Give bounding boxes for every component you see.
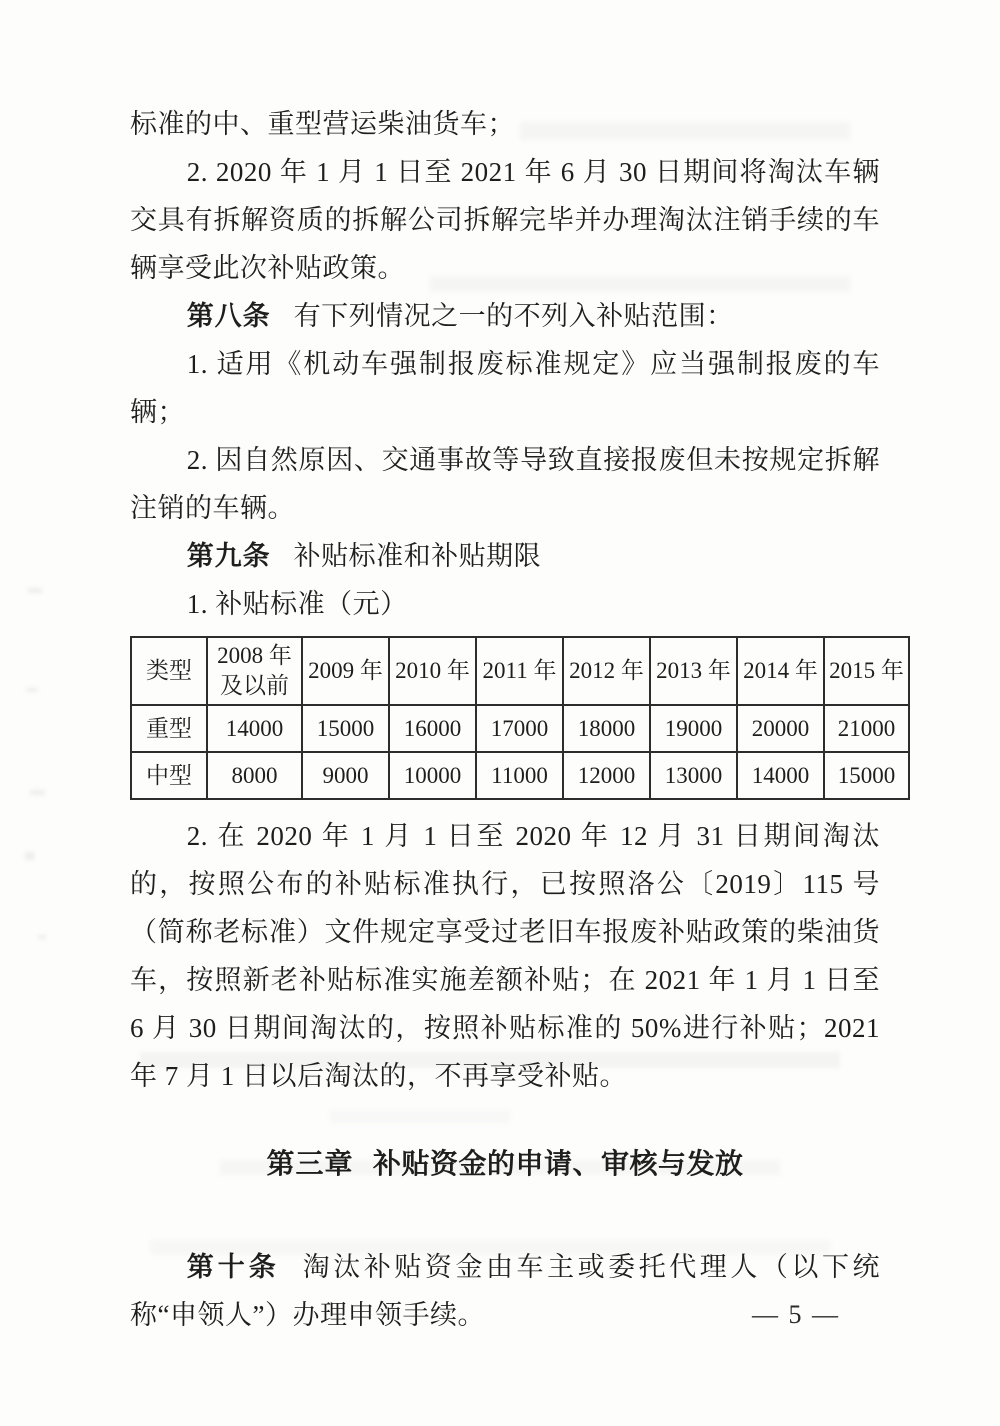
chapter-3-title: 补贴资金的申请、审核与发放 xyxy=(373,1148,744,1179)
header-cell-2011: 2011 年 xyxy=(476,637,563,705)
row-label-heavy: 重型 xyxy=(131,705,207,752)
article-10-label: 第十条 xyxy=(187,1252,280,1282)
header-cell-2008: 2008 年 及以前 xyxy=(207,637,302,705)
cell-value: 17000 xyxy=(476,705,563,752)
cell-value: 9000 xyxy=(302,752,389,799)
scan-artifact xyxy=(25,852,34,860)
cell-value: 12000 xyxy=(563,752,650,799)
article-8-text: 有下列情况之一的不列入补贴范围： xyxy=(294,301,734,331)
header-cell-2014: 2014 年 xyxy=(737,637,824,705)
table-header-row: 类型 2008 年 及以前 2009 年 2010 年 2011 年 2012 … xyxy=(131,637,909,705)
scan-artifact xyxy=(30,790,45,795)
table-row-medium: 中型 8000 9000 10000 11000 12000 13000 140… xyxy=(131,752,909,799)
article-9-text: 补贴标准和补贴期限 xyxy=(294,541,542,571)
cell-value: 18000 xyxy=(563,705,650,752)
document-page: 标准的中、重型营运柴油货车； 2. 2020 年 1 月 1 日至 2021 年… xyxy=(0,0,1000,1426)
cell-value: 14000 xyxy=(207,705,302,752)
paragraph-article-8: 第八条有下列情况之一的不列入补贴范围： xyxy=(130,292,880,340)
paragraph-exclusion-1: 1. 适用《机动车强制报废标准规定》应当强制报废的车辆； xyxy=(130,340,880,436)
header-cell-2013: 2013 年 xyxy=(650,637,737,705)
chapter-3-heading: 第三章补贴资金的申请、审核与发放 xyxy=(130,1140,880,1188)
row-label-medium: 中型 xyxy=(131,752,207,799)
paragraph-item-2-scrap-period: 2. 2020 年 1 月 1 日至 2021 年 6 月 30 日期间将淘汰车… xyxy=(130,148,880,292)
article-9-label: 第九条 xyxy=(187,541,271,571)
scan-artifact xyxy=(26,688,38,692)
paragraph-continuation: 标准的中、重型营运柴油货车； xyxy=(130,100,880,148)
paragraph-article-9: 第九条补贴标准和补贴期限 xyxy=(130,532,880,580)
subsidy-table: 类型 2008 年 及以前 2009 年 2010 年 2011 年 2012 … xyxy=(130,636,910,800)
cell-value: 15000 xyxy=(824,752,909,799)
page-number: — 5 — xyxy=(752,1300,840,1330)
cell-value: 8000 xyxy=(207,752,302,799)
header-cell-2010: 2010 年 xyxy=(389,637,476,705)
scan-artifact xyxy=(28,588,42,593)
paragraph-subsidy-period: 2. 在 2020 年 1 月 1 日至 2020 年 12 月 31 日期间淘… xyxy=(130,812,880,1100)
cell-value: 20000 xyxy=(737,705,824,752)
paragraph-subsidy-standard-title: 1. 补贴标准（元） xyxy=(130,580,880,628)
cell-value: 14000 xyxy=(737,752,824,799)
header-cell-2012: 2012 年 xyxy=(563,637,650,705)
table-row-heavy: 重型 14000 15000 16000 17000 18000 19000 2… xyxy=(131,705,909,752)
header-cell-2015: 2015 年 xyxy=(824,637,909,705)
cell-value: 16000 xyxy=(389,705,476,752)
scan-artifact xyxy=(38,935,46,939)
article-8-label: 第八条 xyxy=(187,301,271,331)
header-cell-2009: 2009 年 xyxy=(302,637,389,705)
cell-value: 15000 xyxy=(302,705,389,752)
chapter-3-label: 第三章 xyxy=(266,1148,353,1179)
cell-value: 13000 xyxy=(650,752,737,799)
cell-value: 21000 xyxy=(824,705,909,752)
paragraph-exclusion-2: 2. 因自然原因、交通事故等导致直接报废但未按规定拆解注销的车辆。 xyxy=(130,436,880,532)
header-cell-type: 类型 xyxy=(131,637,207,705)
cell-value: 10000 xyxy=(389,752,476,799)
document-body: 标准的中、重型营运柴油货车； 2. 2020 年 1 月 1 日至 2021 年… xyxy=(130,100,880,1339)
cell-value: 11000 xyxy=(476,752,563,799)
cell-value: 19000 xyxy=(650,705,737,752)
